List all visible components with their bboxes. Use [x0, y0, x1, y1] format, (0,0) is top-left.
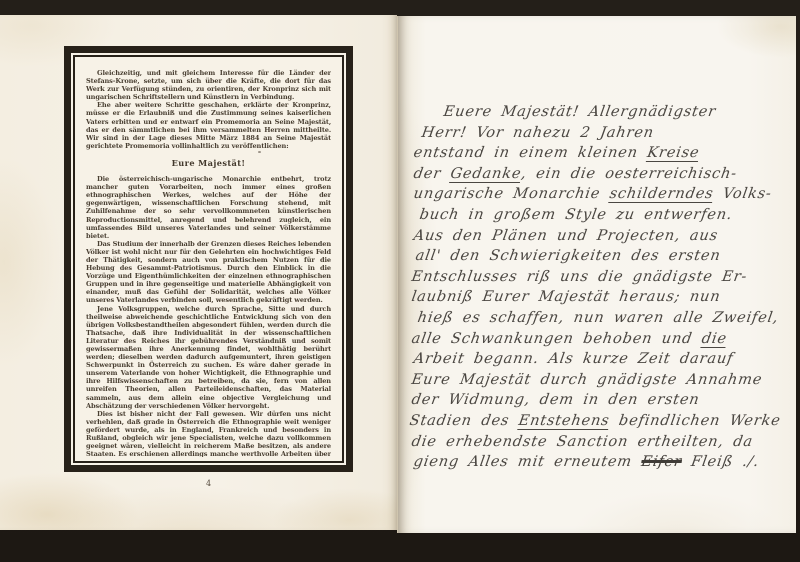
handwriting-line: laubniß Eurer Majestät heraus; nun	[410, 287, 797, 308]
handwriting-line: entstand in einem kleinen Kreise	[412, 143, 797, 164]
handwriting-line: die erhebendste Sanction ertheilten, da	[410, 432, 797, 453]
print-paragraph: Gleichzeitig, und mit gleichem Interesse…	[86, 69, 331, 101]
handwriting-line: Aus den Plänen und Projecten, aus	[412, 226, 797, 247]
handwriting-line: Eure Majestät durch gnädigste Annahme	[410, 370, 797, 391]
right-page: Euere Majestät! AllergnädigsterHerr! Vor…	[397, 16, 796, 533]
handwriting-line: Entschlusses riß uns die gnädigste Er-	[410, 267, 797, 288]
handwriting-line: der Gedanke, ein die oesterreichisch-	[412, 164, 797, 185]
handwriting-line: Euere Majestät! Allergnädigster	[442, 102, 797, 123]
print-paragraph: Dies ist bisher nicht der Fall gewesen. …	[86, 410, 331, 457]
print-paragraph: Ehe aber weitere Schritte geschahen, erk…	[86, 101, 331, 150]
print-paragraph: Jene Volksgruppen, welche durch Sprache,…	[86, 305, 331, 410]
print-paragraph: Das Studium der innerhalb der Grenzen di…	[86, 240, 331, 305]
handwriting-line: all' den Schwierigkeiten des ersten	[414, 246, 797, 267]
handwriting-line: alle Schwankungen behoben und die	[410, 329, 797, 350]
handwriting-line: der Widmung, dem in den ersten	[410, 390, 797, 411]
print-text: Gleichzeitig, und mit gleichem Interesse…	[86, 69, 331, 457]
handwriting-line: Herr! Vor nahezu 2 Jahren	[420, 123, 797, 144]
majesty-heading: Eure Majestät!	[86, 159, 331, 167]
handwriting-line: buch in großem Style zu entwerfen.	[418, 205, 797, 226]
print-paragraph: Die österreichisch-ungarische Monarchie …	[86, 175, 331, 240]
handwriting: Euere Majestät! AllergnädigsterHerr! Vor…	[404, 102, 794, 473]
left-page: Gleichzeitig, und mit gleichem Interesse…	[0, 15, 397, 530]
handwriting-line: gieng Alles mit erneutem Eifer Fleiß ./.	[412, 452, 797, 473]
page-number: 4	[64, 479, 353, 488]
mourning-frame: Gleichzeitig, und mit gleichem Interesse…	[64, 46, 353, 472]
handwriting-line: Arbeit begann. Als kurze Zeit darauf	[412, 349, 797, 370]
handwriting-line: Stadien des Entstehens befindlichen Werk…	[408, 411, 797, 432]
handwriting-line: hieß es schaffen, nun waren alle Zweifel…	[416, 308, 797, 329]
handwriting-line: ungarische Monarchie schilderndes Volks-	[412, 184, 797, 205]
book-scan: Gleichzeitig, und mit gleichem Interesse…	[0, 0, 800, 562]
